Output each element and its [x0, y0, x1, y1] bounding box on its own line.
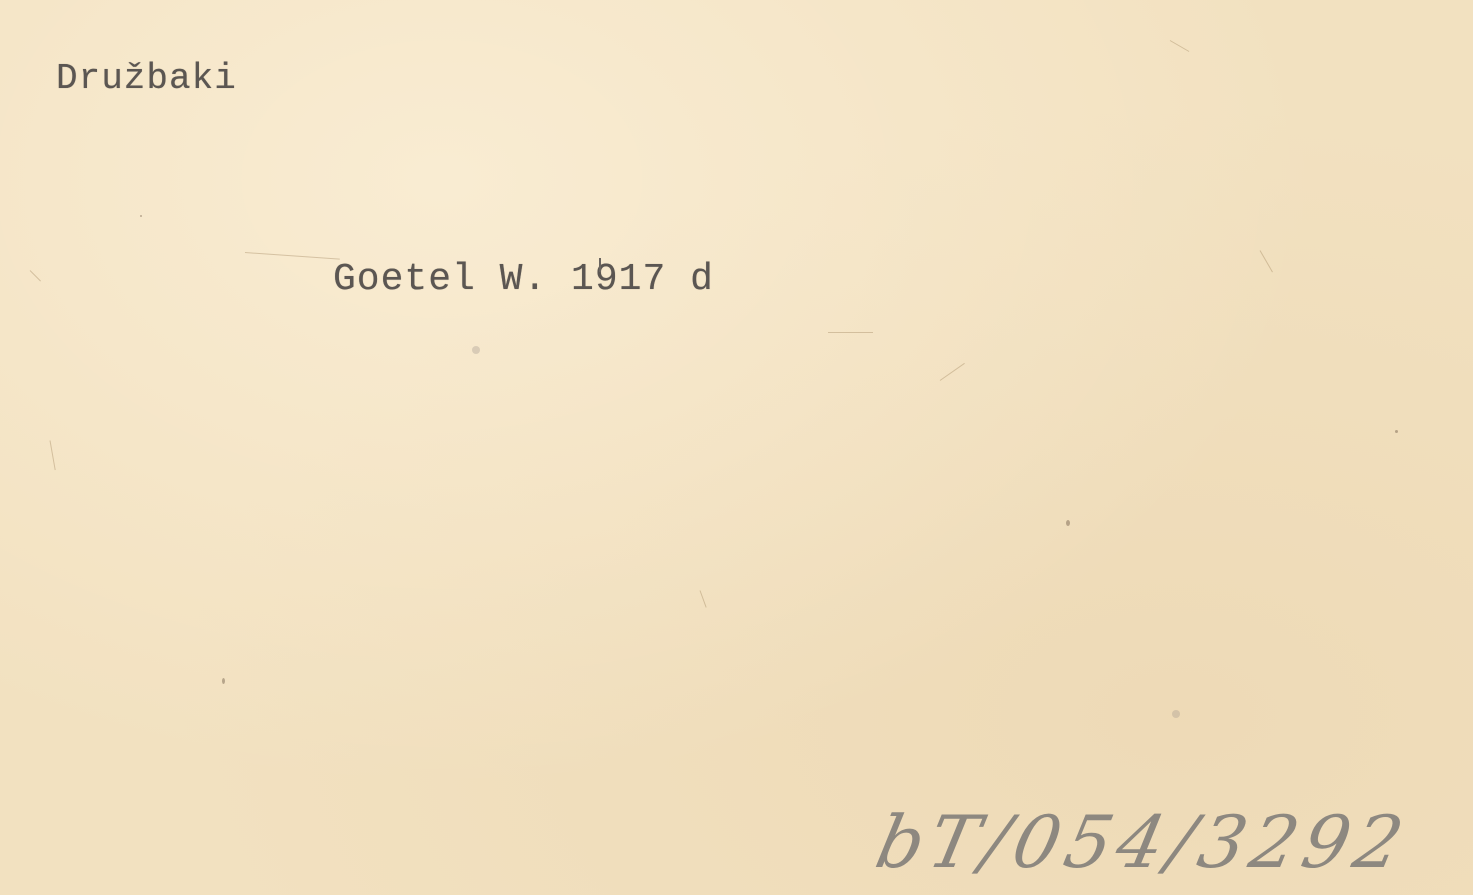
- entry-author: Goetel W.: [333, 258, 547, 301]
- card-heading: Družbaki: [56, 58, 237, 99]
- paper-fiber: [1260, 250, 1273, 272]
- paper-speck: [1172, 710, 1180, 718]
- paper-speck: [472, 346, 480, 354]
- paper-fiber: [828, 332, 873, 333]
- catalog-card: Družbaki Goetel W. 1917 d bT/054/3292: [0, 0, 1473, 895]
- paper-fiber: [30, 270, 41, 281]
- call-number: bT/054/3292: [869, 800, 1416, 884]
- paper-speck: [1066, 520, 1070, 526]
- paper-speck: [140, 215, 142, 217]
- card-entry: Goetel W. 1917 d: [333, 258, 714, 301]
- paper-fiber: [700, 590, 707, 607]
- paper-speck: [222, 678, 225, 684]
- correction-tick-mark: [599, 258, 601, 272]
- paper-fiber: [940, 363, 965, 381]
- entry-suffix: d: [690, 258, 714, 301]
- paper-fiber: [1170, 40, 1190, 52]
- entry-year: 1917: [571, 258, 666, 301]
- paper-fiber: [50, 440, 56, 470]
- paper-fiber: [245, 252, 340, 260]
- paper-speck: [1395, 430, 1398, 433]
